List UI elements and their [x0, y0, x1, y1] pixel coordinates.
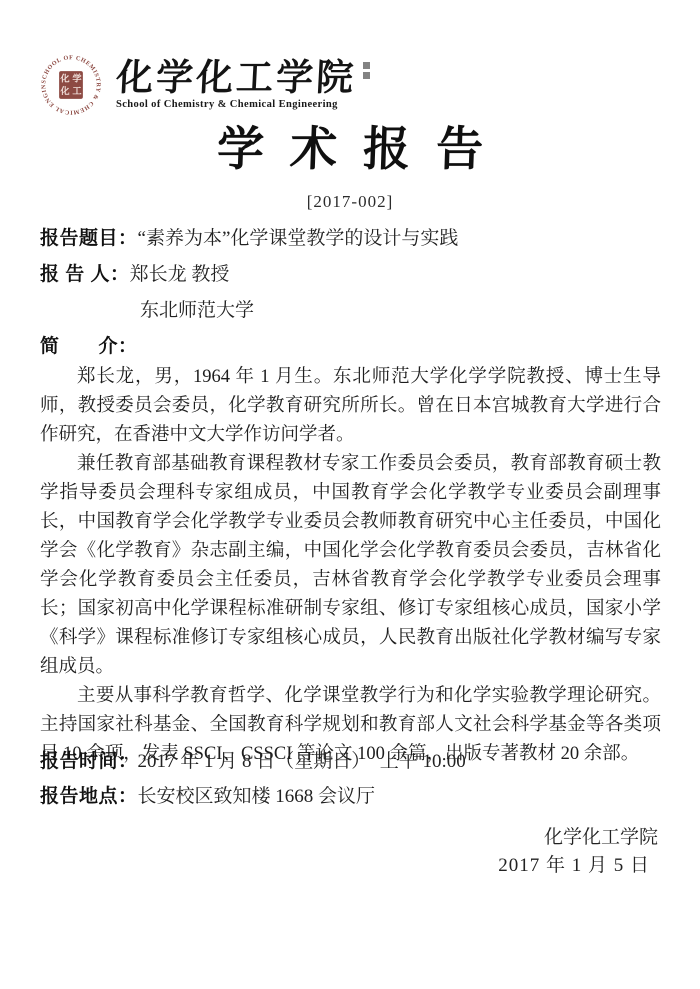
footer-date: 2017 年 1 月 5 日	[498, 851, 650, 881]
document-number: [2017-002]	[0, 192, 700, 212]
speaker-value: 郑长龙 教授	[130, 264, 230, 285]
seal-char-2: 学	[72, 73, 82, 84]
seal-char-4: 工	[72, 86, 82, 96]
logo-small-mark	[363, 62, 370, 82]
topic-value: “素养为本”化学课堂教学的设计与实践	[138, 228, 459, 249]
venue-label: 报告地点：	[40, 786, 138, 807]
field-intro-label: 简 介：	[40, 332, 660, 362]
time-value: 2017 年 1 月 8 日（星期日） 上午 10:00	[138, 751, 466, 772]
field-speaker: 报 告 人：郑长龙 教授	[40, 260, 660, 290]
school-name-en: School of Chemistry & Chemical Engineeri…	[116, 99, 356, 110]
announcement-document: SCHOOL OF CHEMISTRY & CHEMICAL ENGINEERI…	[0, 0, 700, 989]
school-name-cn: 化学化工学院	[115, 60, 357, 99]
field-speaker-affiliation: 东北师范大学	[40, 296, 660, 326]
speaker-affiliation: 东北师范大学	[140, 300, 254, 321]
intro-paragraph-2: 兼任教育部基础教育课程教材专家工作委员会委员，教育部教育硕士教学指导委员会理科专…	[40, 450, 661, 682]
venue-value: 长安校区致知楼 1668 会议厅	[138, 786, 376, 807]
field-venue: 报告地点：长安校区致知楼 1668 会议厅	[40, 782, 660, 812]
time-label: 报告时间：	[40, 751, 138, 772]
intro-body: 郑长龙，男，1964 年 1 月生。东北师范大学化学学院教授、博士生导师，教授委…	[40, 363, 661, 769]
school-logo: SCHOOL OF CHEMISTRY & CHEMICAL ENGINEERI…	[38, 52, 356, 118]
footer-signature: 化学化工学院	[544, 823, 658, 853]
intro-paragraph-1: 郑长龙，男，1964 年 1 月生。东北师范大学化学学院教授、博士生导师，教授委…	[40, 363, 661, 450]
field-topic: 报告题目：“素养为本”化学课堂教学的设计与实践	[40, 224, 660, 254]
topic-label: 报告题目：	[40, 228, 138, 249]
speaker-label: 报 告 人：	[40, 264, 130, 285]
page-title: 学术报告	[0, 120, 700, 180]
field-time: 报告时间：2017 年 1 月 8 日（星期日） 上午 10:00	[40, 747, 660, 777]
intro-label: 简 介：	[40, 336, 138, 357]
seal-char-3: 化	[59, 85, 70, 96]
seal-char-1: 化	[59, 73, 70, 84]
school-seal-icon: SCHOOL OF CHEMISTRY & CHEMICAL ENGINEERI…	[38, 52, 104, 118]
